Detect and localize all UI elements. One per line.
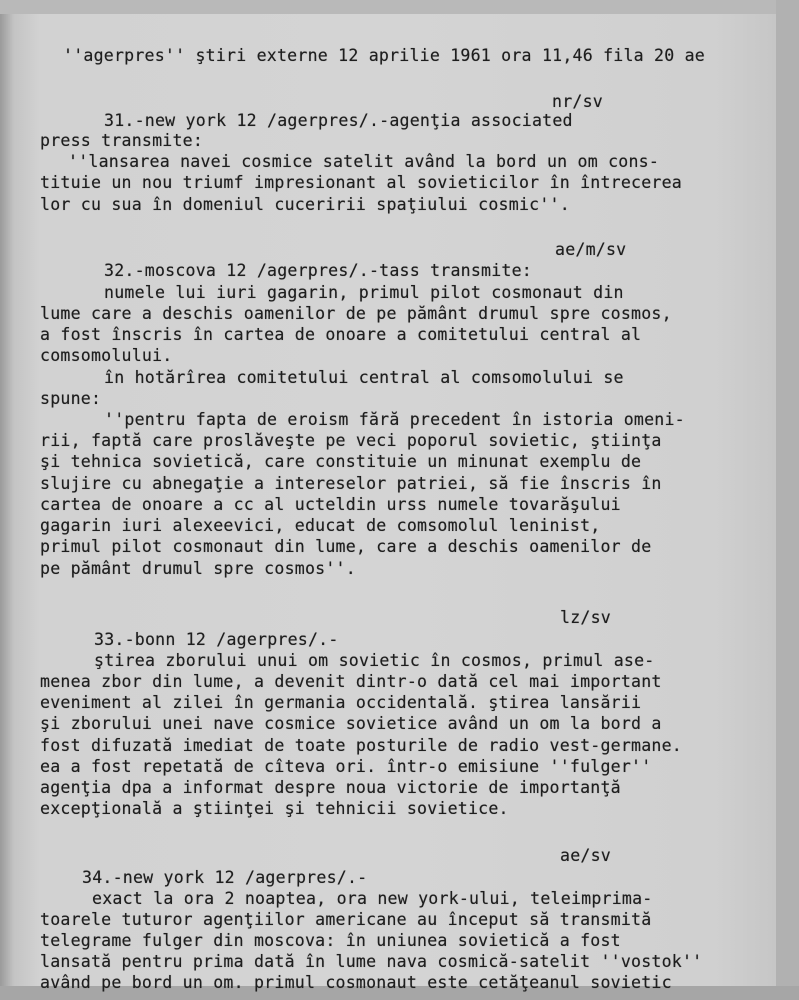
item-31-line: lor cu sua în domeniul cuceririi spaţiul… — [40, 195, 570, 214]
item-34-line: având pe bord un om. primul cosmonaut es… — [40, 973, 672, 992]
item-34-line: exact la ora 2 noaptea, ora new york-ulu… — [92, 889, 652, 908]
item-33-line: ştirea zborului unui om sovietic în cosm… — [94, 651, 654, 670]
item-31-line: press transmite: — [40, 131, 203, 150]
scan-top-edge — [0, 0, 799, 14]
item-32-line: primul pilot cosmonaut din lume, care a … — [40, 537, 651, 556]
item-32-line: slujire cu abnegaţie a intereselor patri… — [40, 474, 662, 493]
item-32-line: şi tehnica sovietică, care constituie un… — [40, 452, 641, 471]
item-32-line: comsomolului. — [40, 346, 172, 365]
item-31-line: ''lansarea navei cosmice satelit având l… — [68, 152, 659, 171]
item-32-line: în hotărîrea comitetului central al coms… — [104, 368, 624, 387]
item-34-dateline: 34.-new york 12 /agerpres/.- — [82, 868, 367, 887]
item-32-line: a fost înscris în cartea de onoare a com… — [40, 325, 641, 344]
scan-right-edge — [776, 0, 799, 1000]
item-32-line: numele lui iuri gagarin, primul pilot co… — [104, 283, 624, 302]
item-31-initials: nr/sv — [552, 92, 603, 111]
item-34-line: telegrame fulger din moscova: în uniunea… — [40, 931, 621, 950]
item-32-initials: ae/m/sv — [555, 240, 626, 259]
item-34-initials: ae/sv — [560, 846, 611, 865]
item-33-line: şi zborului unei nave cosmice sovietice … — [40, 714, 662, 733]
item-32-line: ''pentru fapta de eroism fără precedent … — [104, 410, 685, 429]
item-33-line: fost difuzată imediat de toate posturile… — [40, 736, 682, 755]
item-34-line: lansată pentru prima dată în lume nava c… — [40, 952, 702, 971]
item-33-line: excepţională a ştiinţei şi tehnicii sovi… — [40, 799, 509, 818]
item-33-line: agenţia dpa a informat despre noua victo… — [40, 778, 621, 797]
item-33-line: menea zbor din lume, a devenit dintr-o d… — [40, 672, 662, 691]
item-31-dateline: 31.-new york 12 /agerpres/.-agenţia asso… — [104, 111, 573, 130]
item-33-dateline: 33.-bonn 12 /agerpres/.- — [94, 630, 339, 649]
item-33-line: ea a fost repetată de cîteva ori. într-o… — [40, 757, 651, 776]
item-32-line: spune: — [40, 389, 101, 408]
item-32-line: pe pământ drumul spre cosmos''. — [40, 559, 356, 578]
document-header: ''agerpres'' ştiri externe 12 aprilie 19… — [63, 46, 705, 65]
item-32-line: lume care a deschis oamenilor de pe pămâ… — [40, 304, 672, 323]
item-32-line: gagarin iuri alexeevici, educat de comso… — [40, 516, 600, 535]
item-32-line: rii, faptă care proslăveşte pe veci popo… — [40, 431, 662, 450]
item-31-line: tituie un nou triumf impresionant al sov… — [40, 173, 682, 192]
item-33-line: eveniment al zilei în germania occidenta… — [40, 693, 641, 712]
item-33-initials: lz/sv — [560, 608, 611, 627]
item-32-line: cartea de onoare a cc al ucteldin urss n… — [40, 495, 621, 514]
item-32-dateline: 32.-moscova 12 /agerpres/.-tass transmit… — [104, 261, 532, 280]
item-34-line: toarele tuturor agenţiilor americane au … — [40, 910, 651, 929]
